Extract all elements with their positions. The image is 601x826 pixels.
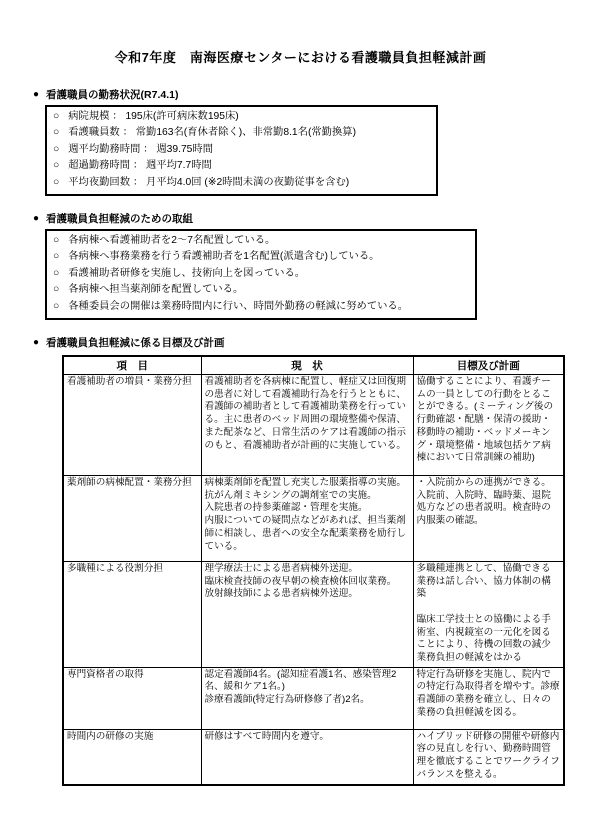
initiatives-heading: ● 看護職員負担軽減のための取組 [33, 211, 577, 226]
section-initiatives: ● 看護職員負担軽減のための取組 ○ 各病棟へ看護補助者を2～7名配置している。… [33, 211, 577, 320]
goals-heading-text: 看護職員負担軽減に係る目標及び計画 [46, 335, 225, 350]
list-item-text: 看護職員数 ： 常勤163名(育休者除く)、非常勤8.1名(常勤換算) [68, 125, 356, 141]
row-item-label: 時間内の研修の実施 [63, 729, 201, 784]
column-header-goal: 目標及び計画 [413, 356, 564, 375]
page-title: 令和7年度 南海医療センターにおける看護職員負担軽減計画 [0, 0, 601, 66]
row-current-text: 認定看護師4名。(認知症看護1名、感染管理2 名、緩和ケア1名。) 診療看護師(… [201, 667, 413, 729]
list-item: ○ 平均夜勤回数 ： 月平均4.0回 (※2時間未満の夜勤従事を含む) [53, 175, 430, 191]
document-page: 令和7年度 南海医療センターにおける看護職員負担軽減計画 ● 看護職員の勤務状況… [0, 0, 601, 826]
row-goal-text: 協働することにより、看護チームの一員としての行動をとることができる。(ミーティン… [413, 375, 564, 476]
list-item-text: 各病棟へ担当薬剤師を配置している。 [68, 282, 243, 298]
list-item-text: 病院規模 ： 195床(許可病床数195床) [68, 109, 239, 125]
list-item-text: 各種委員会の開催は業務時間内に行い、時間外勤務の軽減に努めている。 [68, 299, 408, 315]
work-status-heading-text: 看護職員の勤務状況(R7.4.1) [46, 87, 178, 102]
circle-icon: ○ [53, 175, 59, 191]
row-current-text: 研修はすべて時間内を遵守。 [201, 729, 413, 784]
circle-icon: ○ [53, 158, 59, 174]
circle-icon: ○ [53, 249, 59, 265]
bullet-icon: ● [33, 90, 39, 100]
list-item: ○ 看護職員数 ： 常勤163名(育休者除く)、非常勤8.1名(常勤換算) [53, 125, 430, 141]
circle-icon: ○ [53, 299, 59, 315]
goals-table: 項 目 現 状 目標及び計画 看護補助者の増員・業務分担 看護補助者を各病棟に配… [62, 355, 565, 785]
circle-icon: ○ [53, 233, 59, 249]
list-item-text: 週平均勤務時間 ： 週39.75時間 [68, 142, 213, 158]
table-row: 薬剤師の病棟配置・業務分担 病棟薬剤師を配置し充実した服薬指導の実施。抗がん剤ミ… [63, 476, 564, 562]
row-goal-text: ハイブリッド研修の開催や研修内容の見直しを行い、勤務時間管理を徹底することでワー… [413, 729, 564, 784]
section-goals: ● 看護職員負担軽減に係る目標及び計画 項 目 現 状 目標及び計画 看護補助者… [33, 335, 577, 785]
table-header-row: 項 目 現 状 目標及び計画 [63, 356, 564, 375]
column-header-current: 現 状 [201, 356, 413, 375]
table-row: 時間内の研修の実施 研修はすべて時間内を遵守。 ハイブリッド研修の開催や研修内容… [63, 729, 564, 784]
bullet-icon: ● [33, 338, 39, 348]
row-item-label: 看護補助者の増員・業務分担 [63, 375, 201, 476]
work-status-heading: ● 看護職員の勤務状況(R7.4.1) [33, 87, 577, 102]
row-item-label: 薬剤師の病棟配置・業務分担 [63, 476, 201, 562]
goals-heading: ● 看護職員負担軽減に係る目標及び計画 [33, 335, 577, 350]
list-item: ○ 病院規模 ： 195床(許可病床数195床) [53, 109, 430, 125]
circle-icon: ○ [53, 142, 59, 158]
initiatives-heading-text: 看護職員負担軽減のための取組 [46, 211, 193, 226]
circle-icon: ○ [53, 266, 59, 282]
list-item: ○ 超過勤務時間 ： 週平均7.7時間 [53, 158, 430, 174]
column-header-item: 項 目 [63, 356, 201, 375]
table-row: 多職種による役割分担 理学療法士による患者病棟外送迎。 臨床検査技師の夜早朝の検… [63, 562, 564, 668]
circle-icon: ○ [53, 109, 59, 125]
section-work-status: ● 看護職員の勤務状況(R7.4.1) ○ 病院規模 ： 195床(許可病床数1… [33, 87, 577, 196]
list-item: ○ 各病棟へ担当薬剤師を配置している。 [53, 282, 469, 298]
list-item: ○ 看護補助者研修を実施し、技術向上を図っている。 [53, 266, 469, 282]
row-current-text: 理学療法士による患者病棟外送迎。 臨床検査技師の夜早朝の検査検体回収業務。 放射… [201, 562, 413, 668]
list-item: ○ 各病棟へ看護補助者を2～7名配置している。 [53, 233, 469, 249]
row-item-label: 専門資格者の取得 [63, 667, 201, 729]
list-item-text: 平均夜勤回数 ： 月平均4.0回 (※2時間未満の夜勤従事を含む) [68, 175, 349, 191]
row-goal-text: 特定行為研修を実施し、院内での特定行為取得者を増やす。診療看護師の業務を確立し、… [413, 667, 564, 729]
table-row: 看護補助者の増員・業務分担 看護補助者を各病棟に配置し、軽症又は回復期の患者に対… [63, 375, 564, 476]
list-item-text: 超過勤務時間 ： 週平均7.7時間 [68, 158, 212, 174]
circle-icon: ○ [53, 282, 59, 298]
work-status-box: ○ 病院規模 ： 195床(許可病床数195床) ○ 看護職員数 ： 常勤163… [45, 105, 438, 196]
list-item-text: 各病棟へ看護補助者を2～7名配置している。 [68, 233, 275, 249]
bullet-icon: ● [33, 214, 39, 224]
initiatives-box: ○ 各病棟へ看護補助者を2～7名配置している。 ○ 各病棟へ事務業務を行う看護補… [45, 229, 477, 320]
row-goal-text: ・入院前からの連携ができる。 入院前、入院時、臨時薬、退院処方などの患者説明。検… [413, 476, 564, 562]
list-item-text: 各病棟へ事務業務を行う看護補助者を1名配置(派遣含む)している。 [68, 249, 379, 265]
circle-icon: ○ [53, 125, 59, 141]
row-item-label: 多職種による役割分担 [63, 562, 201, 668]
list-item: ○ 各種委員会の開催は業務時間内に行い、時間外勤務の軽減に努めている。 [53, 299, 469, 315]
list-item: ○ 各病棟へ事務業務を行う看護補助者を1名配置(派遣含む)している。 [53, 249, 469, 265]
table-row: 専門資格者の取得 認定看護師4名。(認知症看護1名、感染管理2 名、緩和ケア1名… [63, 667, 564, 729]
list-item: ○ 週平均勤務時間 ： 週39.75時間 [53, 142, 430, 158]
row-goal-text: 多職種連携として、協働できる業務は話し合い、協力体制の構築 臨床工学技士との協働… [413, 562, 564, 668]
list-item-text: 看護補助者研修を実施し、技術向上を図っている。 [68, 266, 305, 282]
row-current-text: 看護補助者を各病棟に配置し、軽症又は回復期の患者に対して看護補助行為を行うととも… [201, 375, 413, 476]
row-current-text: 病棟薬剤師を配置し充実した服薬指導の実施。抗がん剤ミキシングの調剤室での実施。 … [201, 476, 413, 562]
